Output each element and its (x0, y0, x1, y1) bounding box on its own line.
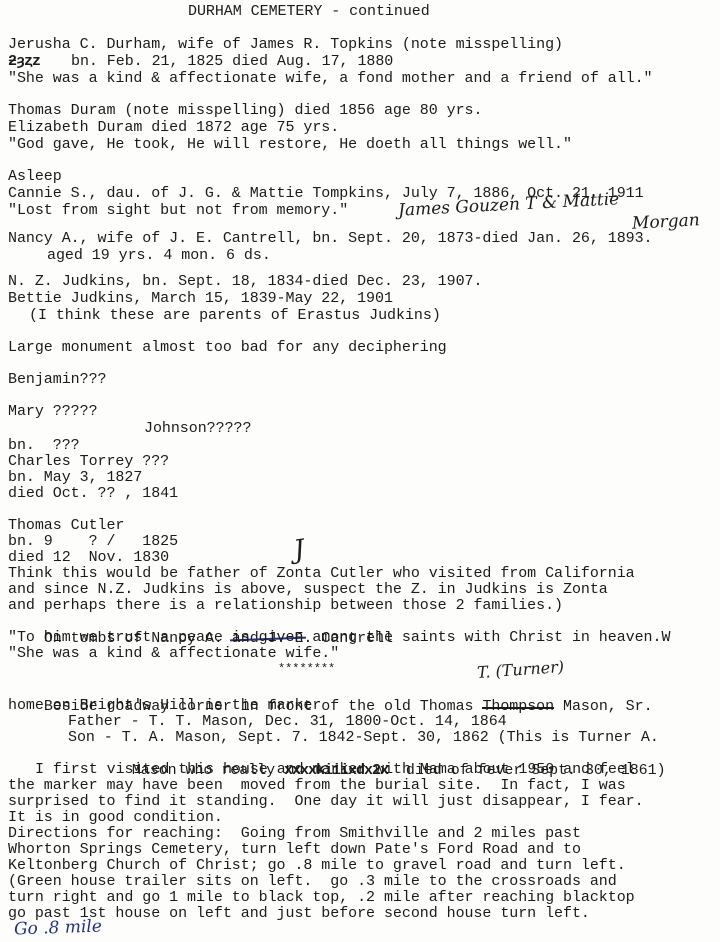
text-line: Large monument almost too bad for any de… (8, 339, 447, 356)
text-line: N. Z. Judkins, bn. Sept. 18, 1834-died D… (8, 273, 482, 290)
text-line: Charles Torrey ??? (8, 453, 169, 470)
text-segment: Mason, Sr. (554, 698, 652, 715)
text-line: Whorton Springs Cemetery, turn left down… (8, 841, 581, 858)
epitaph-line: "God gave, He took, He will restore, He … (8, 136, 572, 153)
text-line: bn. 9 ? / 1825 (8, 533, 178, 550)
text-line: the marker may have been moved from the … (8, 777, 626, 794)
typed-overstrike: ƻȝȥz (8, 53, 40, 70)
section-divider: ******** (278, 661, 335, 678)
text-line: died Oct. ?? , 1841 (8, 485, 178, 502)
text-line: and since N.Z. Judkins is above, suspect… (8, 581, 608, 598)
page-title: DURHAM CEMETERY - continued (188, 3, 430, 20)
epitaph-line: "To him we trust a peace is given among … (8, 629, 670, 646)
text-line: Think this would be father of Zonta Cutl… (8, 565, 635, 582)
text-line: Jerusha C. Durham, wife of James R. Topk… (8, 36, 563, 53)
epitaph-line: "She was a kind & affectionate wife." (8, 645, 339, 662)
text-line: aged 19 yrs. 4 mon. 6 ds. (47, 247, 271, 264)
text-line: Nancy A., wife of J. E. Cantrell, bn. Se… (8, 230, 653, 247)
text-line: home on Bright's Hill is the marker (8, 697, 321, 714)
text-line: Mary ????? (8, 403, 98, 420)
text-line: bn. Feb. 21, 1825 died Aug. 17, 1880 (71, 53, 393, 70)
text-line: and perhaps there is a relationship betw… (8, 597, 563, 614)
text-line: (I think these are parents of Erastus Ju… (29, 307, 441, 324)
text-line: Benjamin??? (8, 371, 106, 388)
text-line: Father - T. T. Mason, Dec. 31, 1800-Oct.… (68, 713, 507, 730)
text-line: turn right and go 1 mile to black top, .… (8, 889, 635, 906)
text-line: Directions for reaching: Going from Smit… (8, 825, 581, 842)
handwritten-correction: J (292, 534, 307, 565)
epitaph-line: "Lost from sight but not from memory." (8, 202, 348, 219)
handwritten-correction: T. (Turner) (476, 657, 564, 682)
text-line: It is in good condition. (8, 809, 223, 826)
text-line: I first visited this house and marker wi… (35, 761, 635, 778)
text-line: died 12 Nov. 1830 (8, 549, 169, 566)
text-line: Elizabeth Duram died 1872 age 75 yrs. (8, 119, 339, 136)
text-line: (Green house trailer sits on left. go .3… (8, 873, 617, 890)
text-line: surprised to find it standing. One day i… (8, 793, 644, 810)
text-line: Johnson????? (144, 420, 251, 437)
text-line: Thomas Cutler (8, 517, 124, 534)
document-page: DURHAM CEMETERY - continued Jerusha C. D… (0, 0, 720, 942)
text-line: Bettie Judkins, March 15, 1839-May 22, 1… (8, 290, 393, 307)
text-line: Thomas Duram (note misspelling) died 185… (8, 102, 482, 119)
epitaph-line: "She was a kind & affectionate wife, a f… (8, 70, 653, 87)
text-line: Son - T. A. Mason, Sept. 7. 1842-Sept. 3… (68, 729, 659, 746)
text-line: bn. ??? (8, 437, 80, 454)
text-line: bn. May 3, 1827 (8, 469, 142, 486)
text-line: Asleep (8, 168, 62, 185)
text-line: Keltonberg Church of Christ; go .8 mile … (8, 857, 626, 874)
handwritten-note: Go .8 mile (14, 916, 103, 939)
